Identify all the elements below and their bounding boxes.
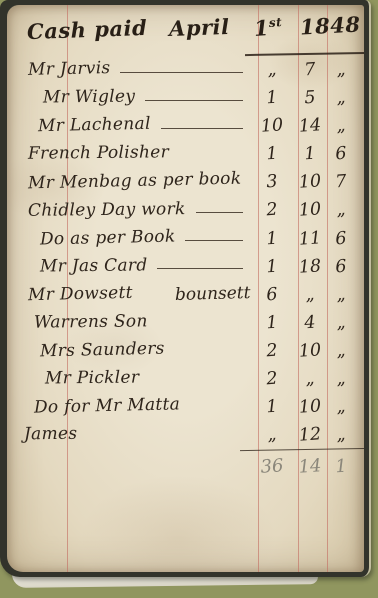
- total-pence: 1: [323, 451, 359, 481]
- payee-name: Mr Dowsett: [28, 283, 133, 305]
- amount-shillings: 11: [294, 224, 326, 254]
- amount-pounds: 1: [251, 307, 293, 338]
- amount-pence: „: [323, 83, 359, 113]
- payee-cell: Warrens Son: [7, 308, 251, 336]
- payee-name: Do as per Book: [40, 226, 176, 249]
- dash-rule: [145, 100, 243, 101]
- payee-cell: Mr Wigley: [7, 83, 251, 111]
- amount-pence: 6: [323, 139, 359, 169]
- photographed-ledger-book: { "colors": { "paper": "#e8dfca", "rulin…: [0, 0, 378, 598]
- payee-cell: French Polisher: [7, 139, 251, 167]
- amount-pounds: 2: [251, 336, 293, 367]
- total-row: 36 14 1: [7, 452, 364, 480]
- ledger-row: French Polisher 1 1 6: [7, 139, 364, 167]
- payee-cell: Mrs Saunders: [7, 336, 251, 364]
- title-month: April: [169, 14, 230, 41]
- amount-shillings: 5: [294, 83, 326, 113]
- amount-shillings: 10: [294, 167, 326, 197]
- amount-pounds: 2: [251, 195, 293, 226]
- amount-pounds: 1: [251, 223, 293, 254]
- payee-cell: Mr Pickler: [7, 364, 251, 392]
- ledger-row: Mr Lachenal 10 14 „: [7, 111, 364, 139]
- amount-pence: „: [323, 392, 359, 422]
- ledger-row: Do as per Book 1 11 6: [7, 224, 364, 252]
- payee-cell: Mr Dowsett bounsett: [7, 280, 251, 308]
- amount-shillings: 10: [294, 392, 326, 422]
- payee-cell: Mr Menbag as per book: [7, 167, 251, 195]
- amount-pounds: 1: [251, 251, 293, 282]
- payee-name: Chidley Day work: [28, 199, 186, 221]
- payee-name: Mr Pickler: [45, 368, 139, 389]
- ledger-row: Mr Menbag as per book 3 10 7: [7, 167, 364, 195]
- amount-pounds: 1: [251, 139, 293, 170]
- ledger-row: Mr Jarvis „ 7 „: [7, 55, 364, 83]
- total-shillings: 14: [294, 451, 326, 481]
- payee-name: Mr Wigley: [43, 87, 135, 108]
- ledger-row: Mrs Saunders 2 10 „: [7, 336, 364, 364]
- ledger-row: James „ 12 „: [7, 420, 364, 448]
- amount-pounds: 1: [251, 83, 293, 114]
- amount-pence: „: [323, 364, 359, 394]
- amount-pence: „: [323, 280, 359, 310]
- ledger-row: Mr Wigley 1 5 „: [7, 83, 364, 111]
- ledger-book-cover-edge: Cash paid April 1st 1848 Mr Jarvis „ 7 „…: [0, 0, 371, 577]
- payee-name: French Polisher: [28, 143, 169, 164]
- ledger-row: Do for Mr Matta 1 10 „: [7, 392, 364, 420]
- amount-shillings: 10: [294, 195, 326, 225]
- amount-pence: „: [323, 55, 359, 85]
- payee-cell: Chidley Day work: [7, 195, 251, 223]
- total-pounds: 36: [251, 451, 293, 482]
- amount-shillings: 14: [294, 111, 326, 141]
- amount-pounds: „: [251, 420, 293, 451]
- amount-shillings: 4: [294, 308, 326, 338]
- amount-pounds: 6: [251, 279, 293, 310]
- payee-name: Mr Jarvis: [28, 58, 111, 80]
- amount-shillings: 12: [294, 420, 326, 450]
- payee-cell: Do as per Book: [7, 224, 251, 252]
- payee-cell: Do for Mr Matta: [7, 392, 251, 420]
- payee-cell: Mr Jas Card: [7, 252, 251, 280]
- title-year: 1848: [299, 11, 361, 39]
- dash-rule: [120, 72, 243, 73]
- amount-pence: 6: [323, 252, 359, 282]
- ledger-row: Mr Jas Card 1 18 6: [7, 252, 364, 280]
- amount-pounds: 1: [251, 392, 293, 423]
- ledger-row: Mr Dowsett bounsett 6 „ „: [7, 280, 364, 308]
- amount-pounds: 10: [251, 111, 293, 142]
- dash-rule: [185, 240, 243, 241]
- payee-cell: Mr Lachenal: [7, 111, 251, 139]
- payee-cell: Mr Jarvis: [7, 55, 251, 83]
- amount-pence: „: [323, 195, 359, 225]
- dash-rule: [196, 212, 243, 213]
- payee-name: Mrs Saunders: [40, 339, 165, 362]
- amount-shillings: 18: [294, 252, 326, 282]
- amount-shillings: 1: [294, 139, 326, 169]
- ledger-row: Warrens Son 1 4 „: [7, 308, 364, 336]
- payee-name: Mr Menbag as per book: [28, 169, 242, 194]
- payee-name: Mr Jas Card: [40, 255, 148, 276]
- amount-shillings: 10: [294, 336, 326, 366]
- ledger-rows: Mr Jarvis „ 7 „ Mr Wigley 1 5 „ Mr Lache…: [7, 55, 364, 448]
- dash-rule: [161, 128, 243, 129]
- amount-shillings: „: [294, 364, 326, 394]
- amount-pence: 7: [323, 167, 359, 197]
- amount-pence: „: [323, 308, 359, 338]
- title-day: 1st: [253, 14, 283, 41]
- amount-shillings: 7: [294, 55, 326, 85]
- payee-name: Mr Lachenal: [38, 114, 151, 137]
- amount-pounds: 2: [251, 364, 293, 395]
- payee-name: James: [24, 424, 78, 445]
- ledger-row: Chidley Day work 2 10 „: [7, 195, 364, 223]
- payee-note: bounsett: [175, 283, 251, 305]
- payee-name: Do for Mr Matta: [34, 395, 181, 418]
- ledger-row: Mr Pickler 2 „ „: [7, 364, 364, 392]
- payee-cell: James: [7, 420, 251, 448]
- ledger-title: Cash paid April 1st 1848: [7, 13, 364, 53]
- payee-name: Warrens Son: [34, 311, 148, 332]
- amount-pounds: „: [251, 55, 293, 86]
- ledger-page: Cash paid April 1st 1848 Mr Jarvis „ 7 „…: [7, 5, 364, 572]
- amount-shillings: „: [294, 280, 326, 310]
- amount-pounds: 3: [251, 167, 293, 198]
- dash-rule: [157, 268, 243, 269]
- amount-pence: „: [323, 420, 359, 450]
- amount-pence: 6: [323, 223, 359, 253]
- amount-pence: „: [323, 111, 359, 141]
- amount-pence: „: [323, 336, 359, 366]
- title-cash-paid: Cash paid: [27, 15, 148, 44]
